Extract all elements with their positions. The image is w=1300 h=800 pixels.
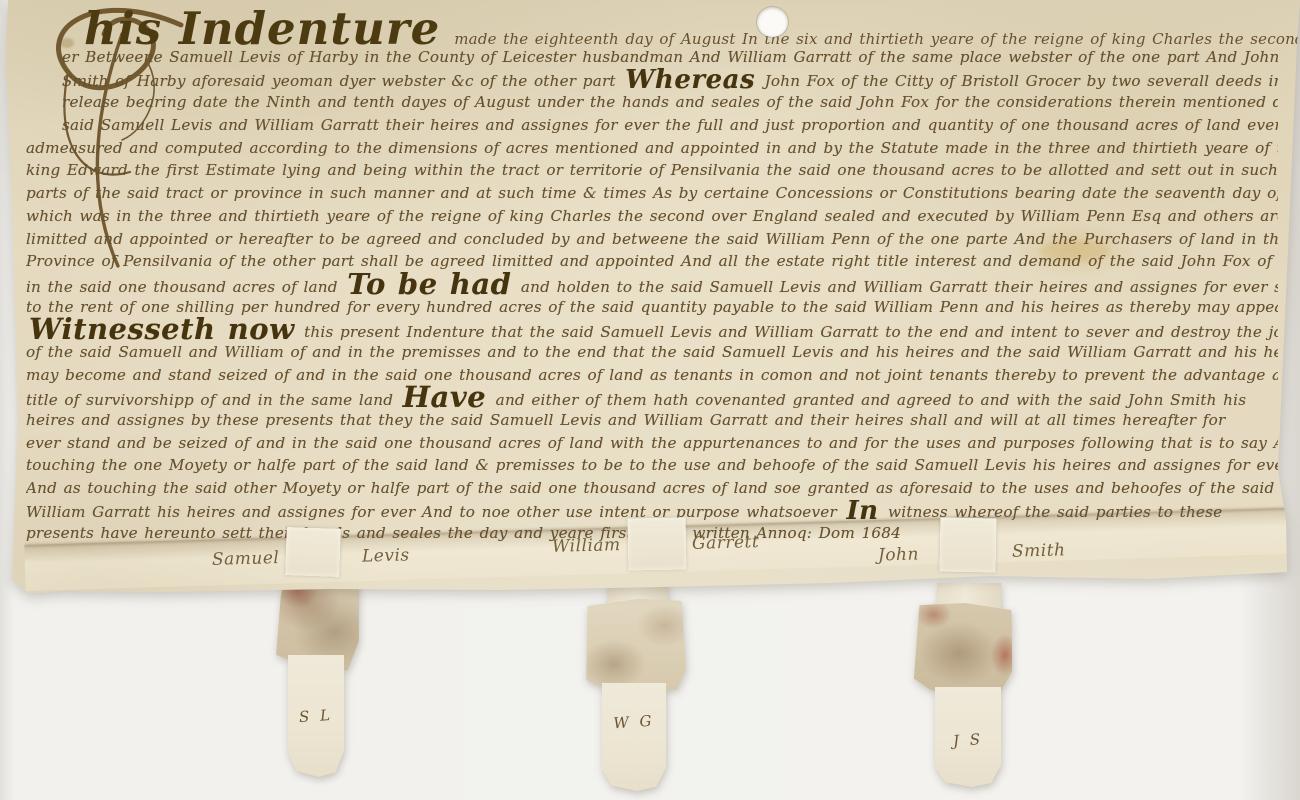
manuscript-line: title of survivorshipp of and in the sam… — [26, 386, 1278, 409]
manuscript-line: which was in the three and thirtieth yea… — [26, 205, 1278, 228]
parchment-surface: his Indenturemade the eighteenth day of … — [0, 0, 1300, 800]
manuscript-line: admeasured and computed according to the… — [26, 137, 1278, 160]
manuscript-line: parts of the said tract or province in s… — [26, 182, 1278, 205]
emphasized-word: In — [843, 496, 881, 526]
manuscript-line: Smith of Harby aforesaid yeoman dyer web… — [26, 69, 1278, 92]
photograph-background: S L W G J S his Indenture — [0, 0, 1300, 800]
manuscript-text: parts of the said tract or province in s… — [26, 184, 1278, 202]
manuscript-text: Smith of Harby aforesaid yeoman dyer web… — [62, 72, 622, 90]
manuscript-text: touching the one Moyety or halfe part of… — [26, 456, 1278, 474]
manuscript-text: and holden to the said Samuell Levis and… — [514, 278, 1278, 296]
manuscript-text: admeasured and computed according to the… — [26, 139, 1278, 157]
manuscript-text: title of survivorshipp of and in the sam… — [26, 391, 400, 409]
manuscript-line: of the said Samuell and William of and i… — [26, 341, 1278, 364]
manuscript-line: heires and assignes by these presents th… — [26, 409, 1278, 432]
manuscript-line: ever stand and be seized of and in the s… — [26, 432, 1278, 455]
signature-last-name: Garrett — [692, 532, 760, 554]
manuscript-text: said Samuell Levis and William Garratt t… — [62, 116, 1278, 134]
tag-slit-patch — [940, 518, 997, 573]
signature-first-name: Samuel — [212, 548, 280, 570]
manuscript-text: this present Indenture that the said Sam… — [298, 323, 1278, 341]
manuscript-line: may become and stand seized of and in th… — [26, 364, 1278, 387]
manuscript-line: And as touching the said other Moyety or… — [26, 477, 1278, 500]
manuscript-line: touching the one Moyety or halfe part of… — [26, 454, 1278, 477]
manuscript-text: heires and assignes by these presents th… — [26, 411, 1225, 429]
signature-last-name: Smith — [1012, 540, 1066, 561]
manuscript-text: presents have hereunto sett their hands … — [26, 524, 901, 542]
manuscript-text: witness whereof the said parties to thes… — [882, 503, 1223, 521]
manuscript-text: release bearing date the Ninth and tenth… — [62, 93, 1278, 111]
manuscript-text: ever stand and be seized of and in the s… — [26, 434, 1278, 452]
manuscript-line: Province of Pensilvania of the other par… — [26, 250, 1278, 273]
punch-hole — [757, 7, 788, 37]
signature-first-name: John — [878, 544, 919, 565]
tag-slit-patch — [628, 517, 687, 570]
manuscript-text: in the said one thousand acres of land — [26, 278, 344, 296]
parchment-sheet: his Indenturemade the eighteenth day of … — [0, 0, 1300, 800]
manuscript-text: er Betweene Samuell Levis of Harby in th… — [62, 48, 1278, 66]
manuscript-text: William Garratt his heires and assignes … — [26, 503, 843, 521]
manuscript-text: may become and stand seized of and in th… — [26, 366, 1278, 384]
manuscript-line: king Edward the first Estimate lying and… — [26, 159, 1278, 182]
manuscript-line: limitted and appointed or hereafter to b… — [26, 228, 1278, 251]
emphasized-word: Whereas — [622, 65, 758, 95]
manuscript-line: release bearing date the Ninth and tenth… — [26, 91, 1278, 114]
tag-slit-patch — [285, 527, 341, 577]
manuscript-text: Province of Pensilvania of the other par… — [26, 252, 1278, 270]
manuscript-text: which was in the three and thirtieth yea… — [26, 207, 1278, 225]
manuscript-line: said Samuell Levis and William Garratt t… — [26, 114, 1278, 137]
signature-first-name: William — [552, 535, 621, 557]
manuscript-text: limitted and appointed or hereafter to b… — [26, 230, 1278, 248]
manuscript-line: in the said one thousand acres of land T… — [26, 273, 1278, 296]
manuscript-text: king Edward the first Estimate lying and… — [26, 161, 1278, 179]
manuscript-lines: er Betweene Samuell Levis of Harby in th… — [26, 46, 1278, 545]
manuscript-text: and either of them hath covenanted grant… — [489, 391, 1246, 409]
manuscript-text: John Fox of the Citty of Bristoll Grocer… — [758, 72, 1278, 90]
manuscript-line: Witnesseth now this present Indenture th… — [26, 318, 1278, 341]
manuscript-text: of the said Samuell and William of and i… — [26, 343, 1278, 361]
signature-last-name: Levis — [362, 545, 410, 566]
manuscript-text: And as touching the said other Moyety or… — [26, 479, 1274, 497]
